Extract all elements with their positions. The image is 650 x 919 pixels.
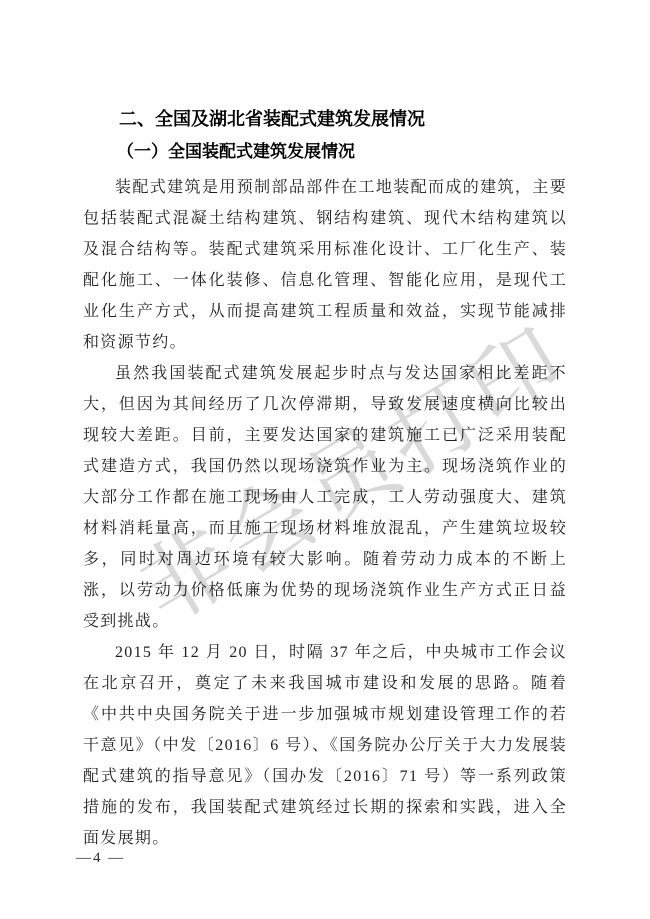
document-page: 非会员打印 二、全国及湖北省装配式建筑发展情况 （一）全国装配式建筑发展情况 装… xyxy=(0,0,650,919)
paragraph-definition: 装配式建筑是用预制部品部件在工地装配而成的建筑，主要包括装配式混凝土结构建筑、钢… xyxy=(83,172,567,358)
section-heading: 二、全国及湖北省装配式建筑发展情况 xyxy=(83,105,567,133)
paragraph-policy: 2015 年 12 月 20 日，时隔 37 年之后，中央城市工作会议在北京召开… xyxy=(83,637,567,854)
body-text: 装配式建筑是用预制部品部件在工地装配而成的建筑，主要包括装配式混凝土结构建筑、钢… xyxy=(83,172,567,854)
subsection-heading: （一）全国装配式建筑发展情况 xyxy=(83,138,567,166)
paragraph-comparison: 虽然我国装配式建筑发展起步时点与发达国家相比差距不大，但因为其间经历了几次停滞期… xyxy=(83,358,567,637)
page-number: —4 — xyxy=(76,850,125,867)
